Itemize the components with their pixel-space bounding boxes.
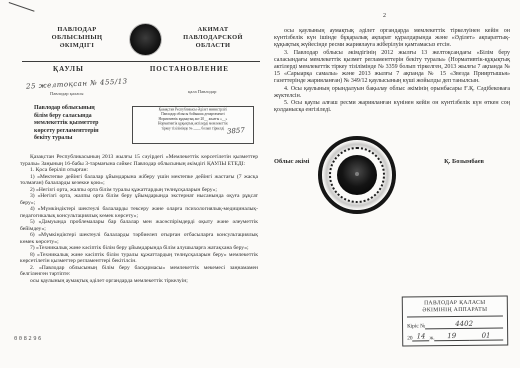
- handwritten-day: 19: [435, 331, 469, 340]
- seal-coat-of-arms: [337, 155, 377, 195]
- form-serial-number: 008296: [14, 336, 43, 342]
- letterhead: ПАВЛОДАР ОБЛЫСЫНЫҢ ӘКІМДІГІ АКИМАТ ПАВЛО…: [20, 12, 262, 55]
- body-list-item: 4) «Мүмкіндіктері шектеулі балаларды тек…: [20, 206, 258, 219]
- place-russian: қала Павлодар: [188, 89, 216, 94]
- body-list-item: 3) «Негізгі орта, жалпы орта білім беру …: [20, 193, 258, 206]
- entry-number-field: 4402: [425, 319, 503, 329]
- handwritten-entry-number: 4402: [455, 319, 473, 327]
- handwritten-month: 01: [469, 331, 503, 340]
- resolution-title: Павлодар облысының білім беру саласында …: [34, 105, 142, 143]
- org-name-kazakh: ПАВЛОДАР ОБЛЫСЫНЫҢ ӘКІМДІГІ: [34, 22, 120, 51]
- signature-name: Қ. Бозымбаев: [444, 158, 510, 165]
- incoming-stamp-org-line2: ӘКІМІНІҢ АППАРАТЫ: [407, 306, 503, 314]
- incoming-stamp-entry-row: Кіріс № 4402: [407, 319, 503, 329]
- incoming-stamp-date-row: 20 14 ж. 19 01: [407, 331, 503, 341]
- resolution-body-continued: осы қаулының аумақтық әділет органдарда …: [274, 28, 510, 114]
- body-list-item: 7) «Техникалық және кәсіптік білім беру …: [20, 245, 258, 252]
- signature-title: Облыс әкімі: [274, 158, 309, 165]
- body-list-item: 1) «Мектепке дейінгі балалар ұйымдарына …: [20, 174, 258, 187]
- coat-of-arms-emblem: [130, 24, 161, 55]
- justice-registration-stamp: Қазақстан Республикасы Әділет министрліг…: [132, 106, 254, 144]
- handwritten-year: 14: [413, 332, 430, 341]
- doc-type-russian: ПОСТАНОВЛЕНИЕ: [150, 65, 229, 73]
- handwritten-registration-number: 3857: [227, 126, 245, 135]
- scan-scratch-mark: [9, 2, 35, 12]
- body-paragraph: осы қаулының аумақтық әділет органдарда …: [274, 28, 510, 50]
- body-paragraph: Қазақстан Республикасының 2013 жылғы 15 …: [20, 154, 258, 167]
- resolution-body: Қазақстан Республикасының 2013 жылғы 15 …: [20, 154, 258, 284]
- body-paragraph: 3. Павлодар облысы әкімдігінің 2012 жылғ…: [274, 50, 510, 86]
- body-paragraph: 2. «Павлодар облысының білім беру басқар…: [20, 265, 258, 278]
- page-number: 2: [383, 13, 386, 19]
- incoming-mail-stamp: ПАВЛОДАР ҚАЛАСЫ ӘКІМІНІҢ АППАРАТЫ Кіріс …: [402, 295, 509, 346]
- entry-number-label: Кіріс №: [407, 323, 425, 329]
- seal-text-ring: [329, 147, 385, 203]
- body-list-item: 6) «Мүмкіндіктері шектеулі балаларды тәр…: [20, 232, 258, 245]
- doc-type-kazakh: ҚАУЛЫ: [53, 65, 84, 73]
- incoming-stamp-org: ПАВЛОДАР ҚАЛАСЫ ӘКІМІНІҢ АППАРАТЫ: [407, 299, 503, 317]
- page-right: 2 осы қаулының аумақтық әділет органдард…: [266, 8, 516, 364]
- handwritten-date-number: 25 желтоқсан № 455/13: [26, 77, 128, 90]
- org-name-russian: АКИМАТ ПАВЛОДАРСКОЙ ОБЛАСТИ: [170, 22, 256, 51]
- body-list-item: 8) «Техникалық және кәсіптік білім турал…: [20, 252, 258, 265]
- page-left: ПАВЛОДАР ОБЛЫСЫНЫҢ ӘКІМДІГІ АКИМАТ ПАВЛО…: [20, 12, 262, 360]
- official-round-seal: [318, 136, 396, 214]
- seal-outer-ring: [318, 136, 396, 214]
- body-paragraph: осы қаулының аумақтық әділет органдарда …: [20, 278, 258, 285]
- body-list-item: 5) «Дамуында проблемалары бар балалар ме…: [20, 219, 258, 232]
- place-kazakh: Павлодар қаласы: [50, 91, 84, 96]
- document-type-row: ҚАУЛЫ ПОСТАНОВЛЕНИЕ: [20, 62, 262, 73]
- scanned-document-spread: ПАВЛОДАР ОБЛЫСЫНЫҢ ӘКІМДІГІ АКИМАТ ПАВЛО…: [0, 0, 520, 368]
- body-paragraph: 5. Осы қаулы алғаш ресми жарияланған күн…: [274, 100, 510, 114]
- body-paragraph: 4. Осы қаулының орындалуын бақылау облыс…: [274, 86, 510, 100]
